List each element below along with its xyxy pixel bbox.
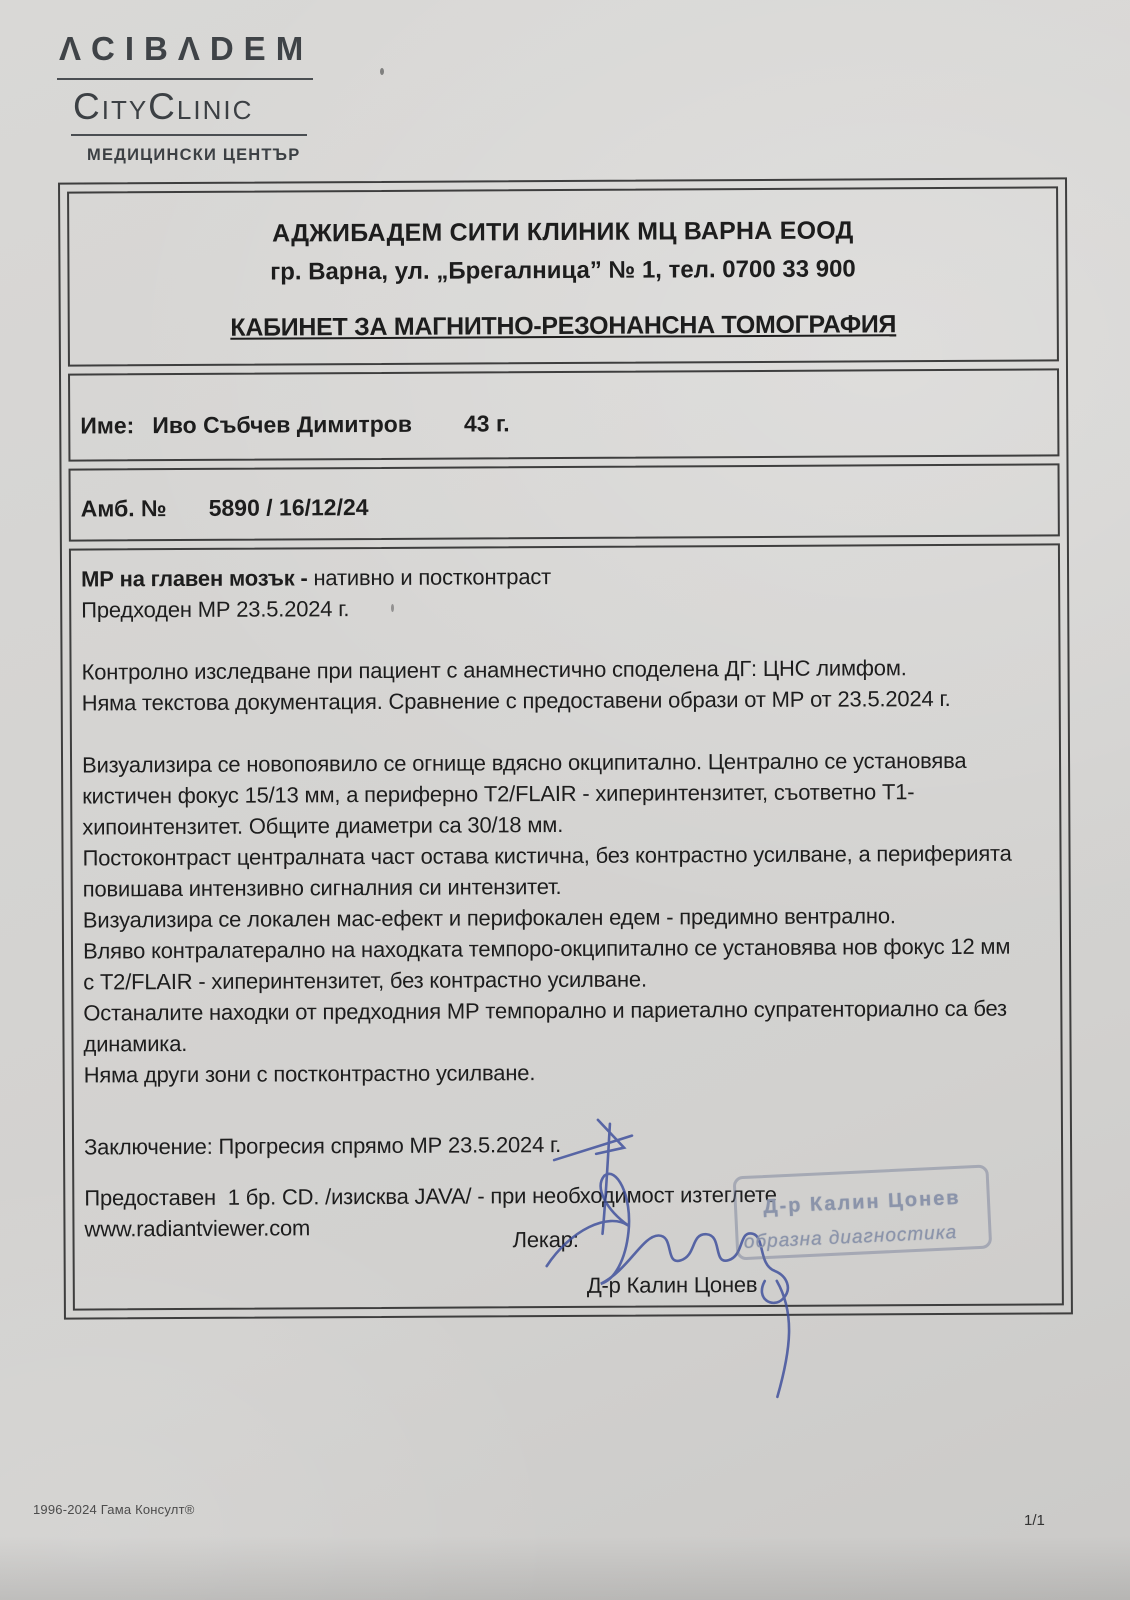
report-line: Постоконтраст централната част остава ки… — [82, 837, 1049, 873]
report-title: МР на главен мозък - нативно и постконтр… — [81, 558, 1048, 594]
report-line — [82, 713, 1049, 749]
report-line: с T2/FLAIR - хиперинтензитет, без контра… — [83, 961, 1050, 997]
logo-brand-text: ΛCIBΛDEM — [57, 30, 313, 80]
logo-tagline: МЕДИЦИНСКИ ЦЕНТЪР — [87, 146, 313, 165]
ambulatory-number-box: Амб. №5890 / 16/12/24 — [69, 463, 1060, 541]
clinic-address: гр. Варна, ул. „Брегалница” № 1, тел. 07… — [81, 254, 1044, 287]
report-line — [81, 620, 1048, 656]
report-line: Вляво контралатерално на находката темпо… — [83, 930, 1050, 966]
report-line: Визуализира се локален мас-ефект и периф… — [83, 899, 1050, 935]
ambulatory-value: 5890 / 16/12/24 — [209, 494, 369, 521]
findings-box: МР на главен мозък - нативно и постконтр… — [69, 543, 1064, 1310]
report-conclusion: Заключение: Прогресия спрямо МР 23.5.202… — [84, 1126, 1051, 1162]
patient-name: Иво Събчев Димитров — [152, 411, 412, 438]
doctor-label: Лекар: — [512, 1224, 578, 1255]
ambulatory-label: Амб. № — [81, 495, 167, 521]
report-line: повишава интензивно сигналния си интензи… — [83, 868, 1050, 904]
software-copyright: 1996-2024 Гама Консулт® — [33, 1502, 195, 1517]
patient-name-box: Име:Иво Събчев Димитров43 г. — [68, 368, 1059, 461]
report-line: кистичен фокус 15/13 мм, а периферно T2/… — [82, 775, 1049, 811]
report-line: Останалите находки от предходния МР темп… — [83, 992, 1050, 1028]
logo-subbrand-text: CityClinic — [71, 86, 307, 136]
report-frame: АДЖИБАДЕМ СИТИ КЛИНИК МЦ ВАРНА ЕООД гр. … — [58, 177, 1073, 1319]
department-title: КАБИНЕТ ЗА МАГНИТНО-РЕЗОНАНСНА ТОМОГРАФИ… — [82, 309, 1045, 343]
report-title-bold: МР на главен мозък - — [81, 565, 308, 591]
scan-speck — [380, 68, 384, 75]
report-line: Визуализира се новопоявило се огнище вдя… — [82, 744, 1049, 780]
page-number: 1/1 — [1024, 1512, 1045, 1529]
report-line: Няма текстова документация. Сравнение с … — [82, 682, 1049, 718]
patient-name-label: Име: — [80, 412, 134, 438]
report-line: хипоинтензитет. Общите диаметри са 30/18… — [82, 806, 1049, 842]
report-body: Контролно изследване при пациент с анамн… — [81, 620, 1050, 1090]
scanned-mri-report-page: ΛCIBΛDEM CityClinic МЕДИЦИНСКИ ЦЕНТЪР АД… — [0, 0, 1130, 1600]
report-line: динамика. — [83, 1023, 1050, 1059]
report-title-rest: нативно и постконтраст — [307, 564, 551, 590]
clinic-name: АДЖИБАДЕМ СИТИ КЛИНИК МЦ ВАРНА ЕООД — [81, 215, 1044, 249]
report-prior-study: Предходен МР 23.5.2024 г. — [81, 589, 1048, 625]
patient-age: 43 г. — [464, 410, 510, 436]
report-line: Контролно изследване при пациент с анамн… — [81, 651, 1048, 687]
doctor-printed-name: Д-р Калин Цонев — [587, 1269, 758, 1301]
doctor-stamp: Д-р Калин Цонев образна диагностика — [733, 1164, 993, 1260]
report-line: Няма други зони с постконтрастно усилван… — [84, 1054, 1051, 1090]
clinic-header-box: АДЖИБАДЕМ СИТИ КЛИНИК МЦ ВАРНА ЕООД гр. … — [67, 186, 1059, 366]
clinic-logo: ΛCIBΛDEM CityClinic МЕДИЦИНСКИ ЦЕНТЪР — [57, 30, 313, 165]
